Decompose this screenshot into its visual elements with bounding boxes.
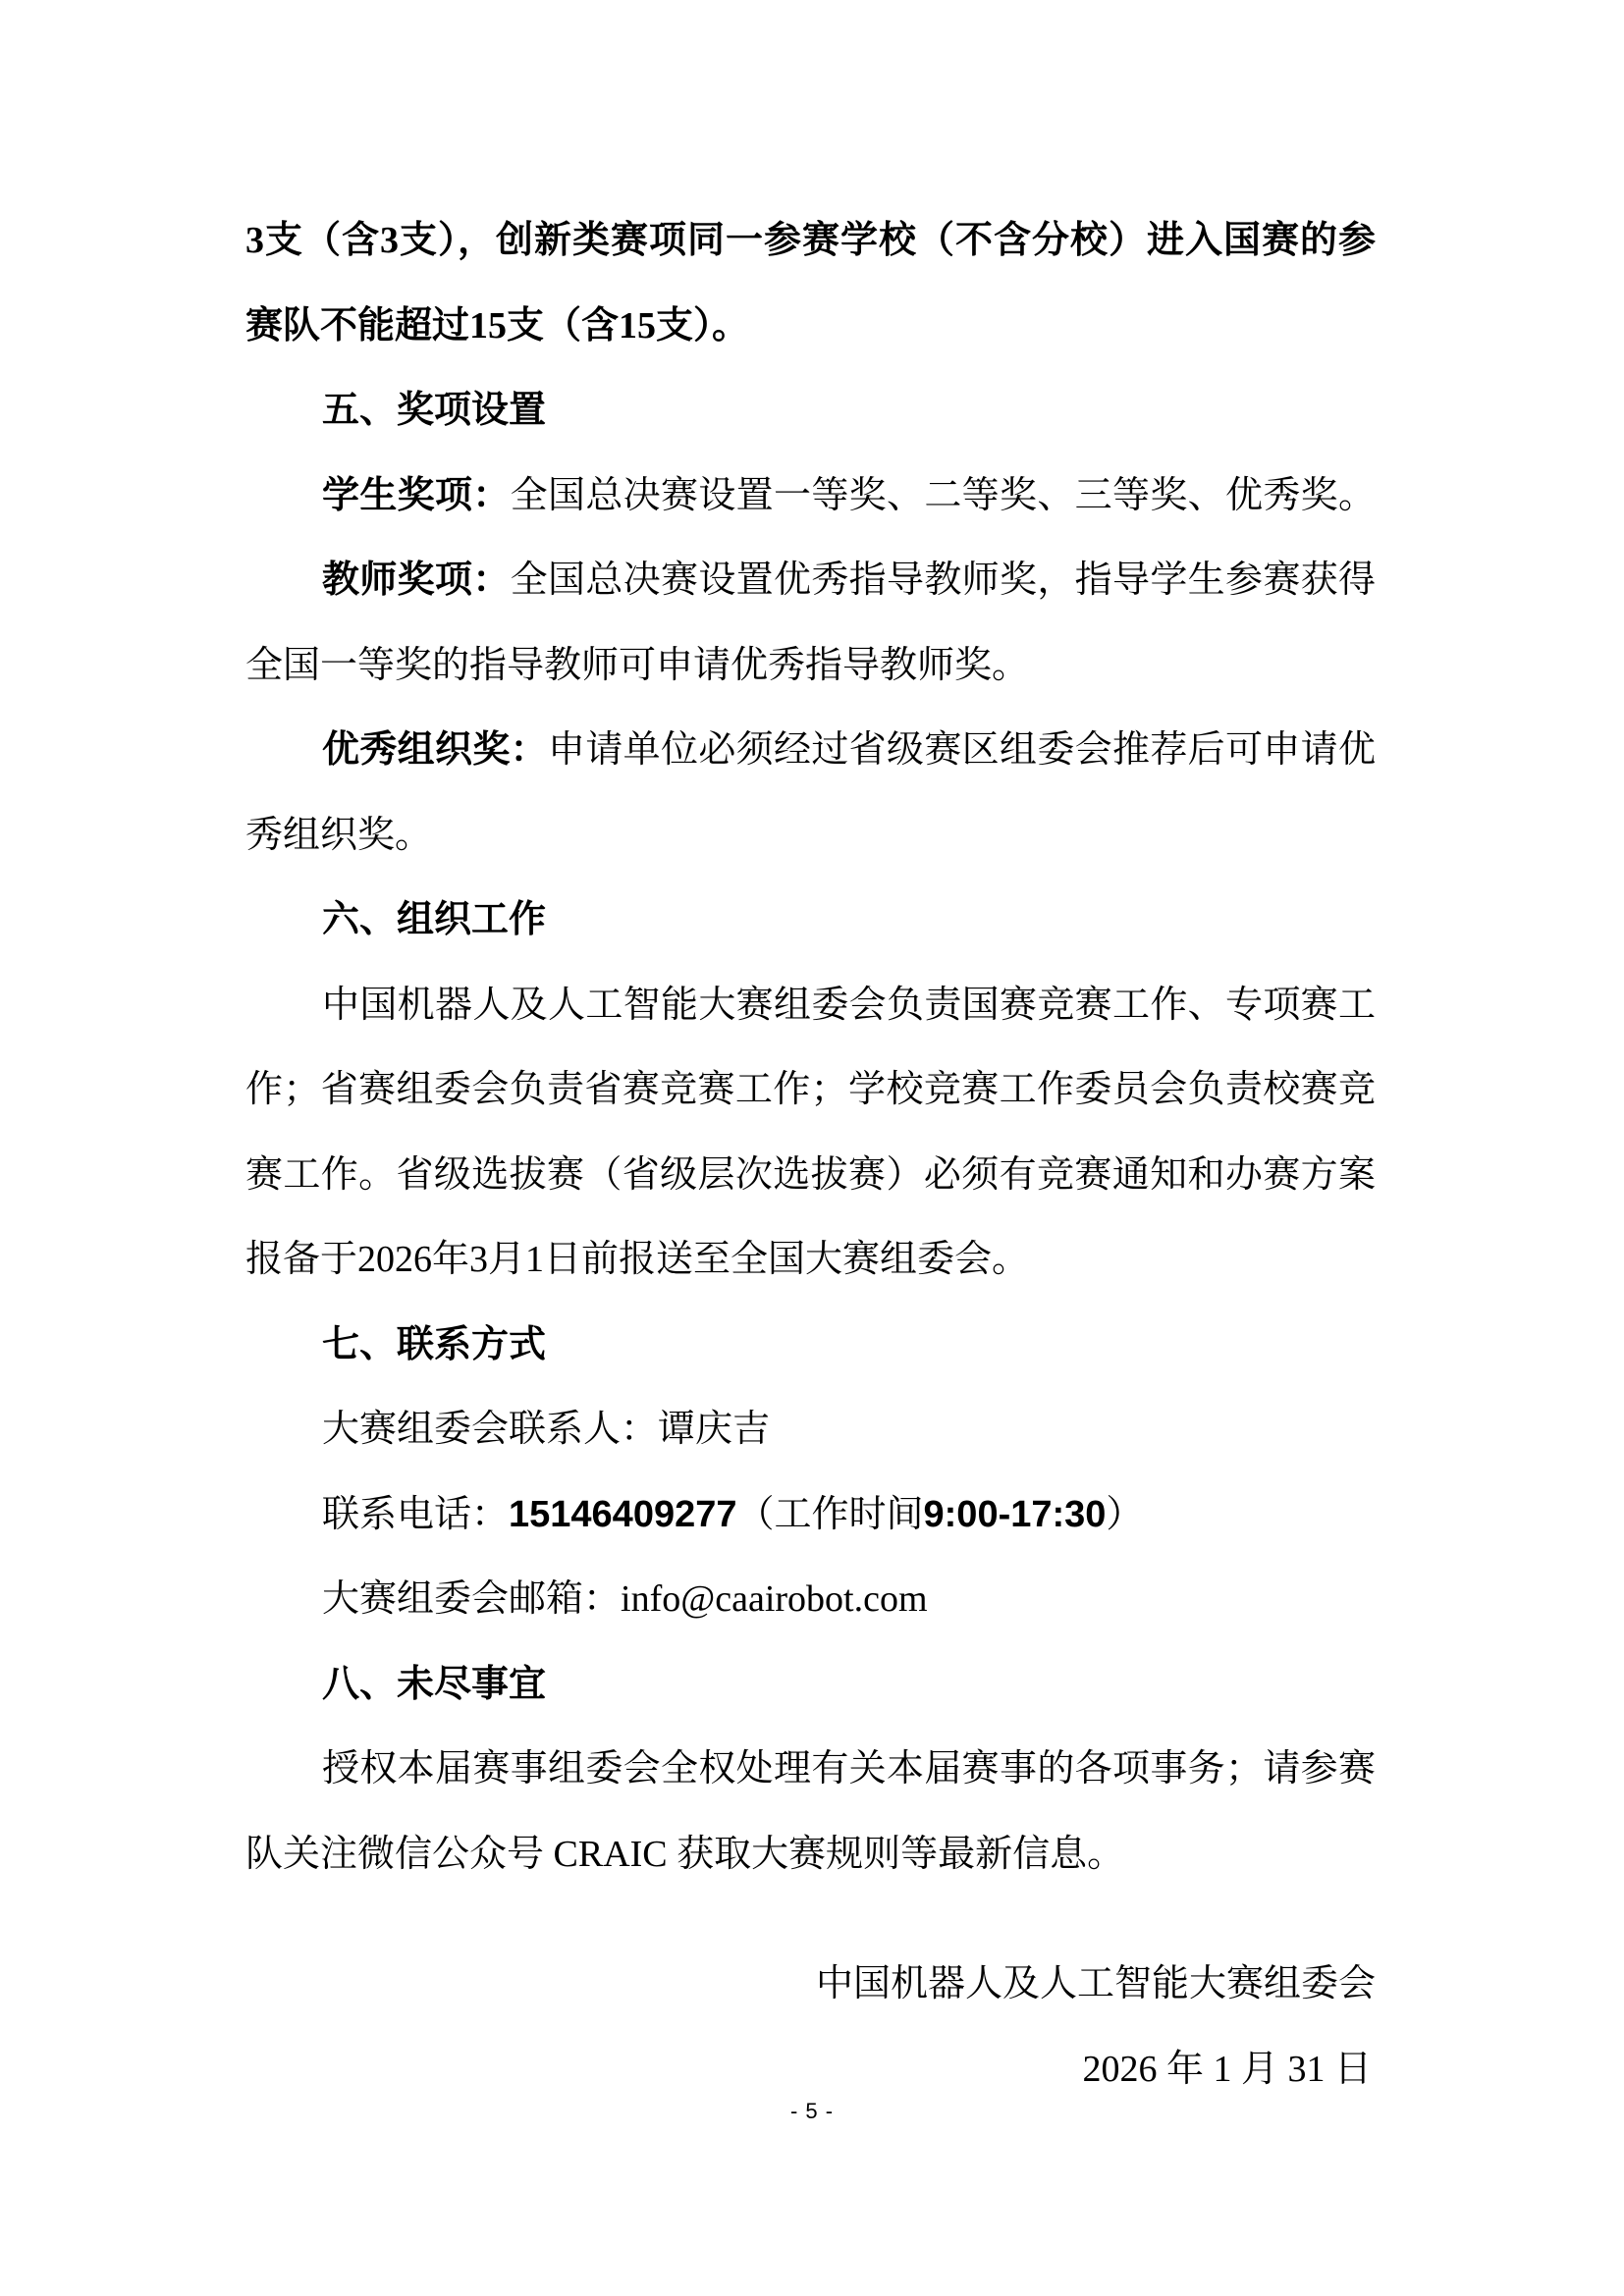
organization-work-line-4: 报备于2026年3月1日前报送至全国大赛组委会。 [245,1217,1376,1303]
teacher-award-line-1: 教师奖项：全国总决赛设置优秀指导教师奖，指导学生参赛获得 [245,538,1376,623]
miscellaneous-line-2: 队关注微信公众号 CRAIC 获取大赛规则等最新信息。 [245,1812,1376,1897]
section-7-heading: 七、联系方式 [245,1303,1376,1388]
carryover-paragraph-line-1: 3支（含3支），创新类赛项同一参赛学校（不含分校）进入国赛的参 [245,198,1376,284]
email-address: info@caairobot.com [621,1578,928,1620]
teacher-award-label: 教师奖项： [322,560,511,601]
student-award-label: 学生奖项： [322,475,511,516]
organization-award-text-1: 申请单位必须经过省级赛区组委会推荐后可申请优 [548,729,1376,771]
closing-block: 中国机器人及人工智能大赛组委会 2026 年 1 月 31 日 [245,1942,1376,2111]
contact-person-line: 大赛组委会联系人：谭庆吉 [245,1387,1376,1472]
footer-page-number: - 5 - [0,2099,1624,2124]
phone-label: 联系电话： [322,1494,509,1535]
organization-award-line-1: 优秀组织奖：申请单位必须经过省级赛区组委会推荐后可申请优 [245,708,1376,793]
contact-email-line: 大赛组委会邮箱：info@caairobot.com [245,1557,1376,1642]
carryover-paragraph-line-2: 赛队不能超过15支（含15支）。 [245,284,1376,369]
section-6-heading: 六、组织工作 [245,878,1376,963]
email-label: 大赛组委会邮箱： [322,1578,621,1620]
section-5-heading: 五、奖项设置 [245,368,1376,454]
signature-organization: 中国机器人及人工智能大赛组委会 [245,1942,1376,2027]
organization-work-line-3: 赛工作。省级选拔赛（省级层次选拔赛）必须有竞赛通知和办赛方案 [245,1133,1376,1218]
organization-work-line-1: 中国机器人及人工智能大赛组委会负责国赛竞赛工作、专项赛工 [245,963,1376,1048]
document-body: 3支（含3支），创新类赛项同一参赛学校（不含分校）进入国赛的参 赛队不能超过15… [245,198,1376,2111]
organization-award-label: 优秀组织奖： [322,729,548,771]
student-award-line: 学生奖项：全国总决赛设置一等奖、二等奖、三等奖、优秀奖。 [245,454,1376,539]
section-8-heading: 八、未尽事宜 [245,1642,1376,1728]
organization-work-line-2: 作；省赛组委会负责省赛竞赛工作；学校竞赛工作委员会负责校赛竞 [245,1047,1376,1133]
phone-number: 15146409277 [509,1494,736,1535]
contact-phone-line: 联系电话：15146409277（工作时间9:00-17:30） [245,1472,1376,1558]
organization-award-line-2: 秀组织奖。 [245,793,1376,879]
phone-paren-open: （工作时间 [737,1494,924,1535]
teacher-award-line-2: 全国一等奖的指导教师可申请优秀指导教师奖。 [245,623,1376,709]
teacher-award-text-1: 全国总决赛设置优秀指导教师奖，指导学生参赛获得 [511,560,1376,601]
phone-paren-close: ） [1106,1494,1143,1535]
miscellaneous-line-1: 授权本届赛事组委会全权处理有关本届赛事的各项事务；请参赛 [245,1727,1376,1812]
document-page: 3支（含3支），创新类赛项同一参赛学校（不含分校）进入国赛的参 赛队不能超过15… [0,0,1624,2296]
student-award-text: 全国总决赛设置一等奖、二等奖、三等奖、优秀奖。 [511,475,1376,516]
phone-work-hours: 9:00-17:30 [924,1494,1107,1535]
